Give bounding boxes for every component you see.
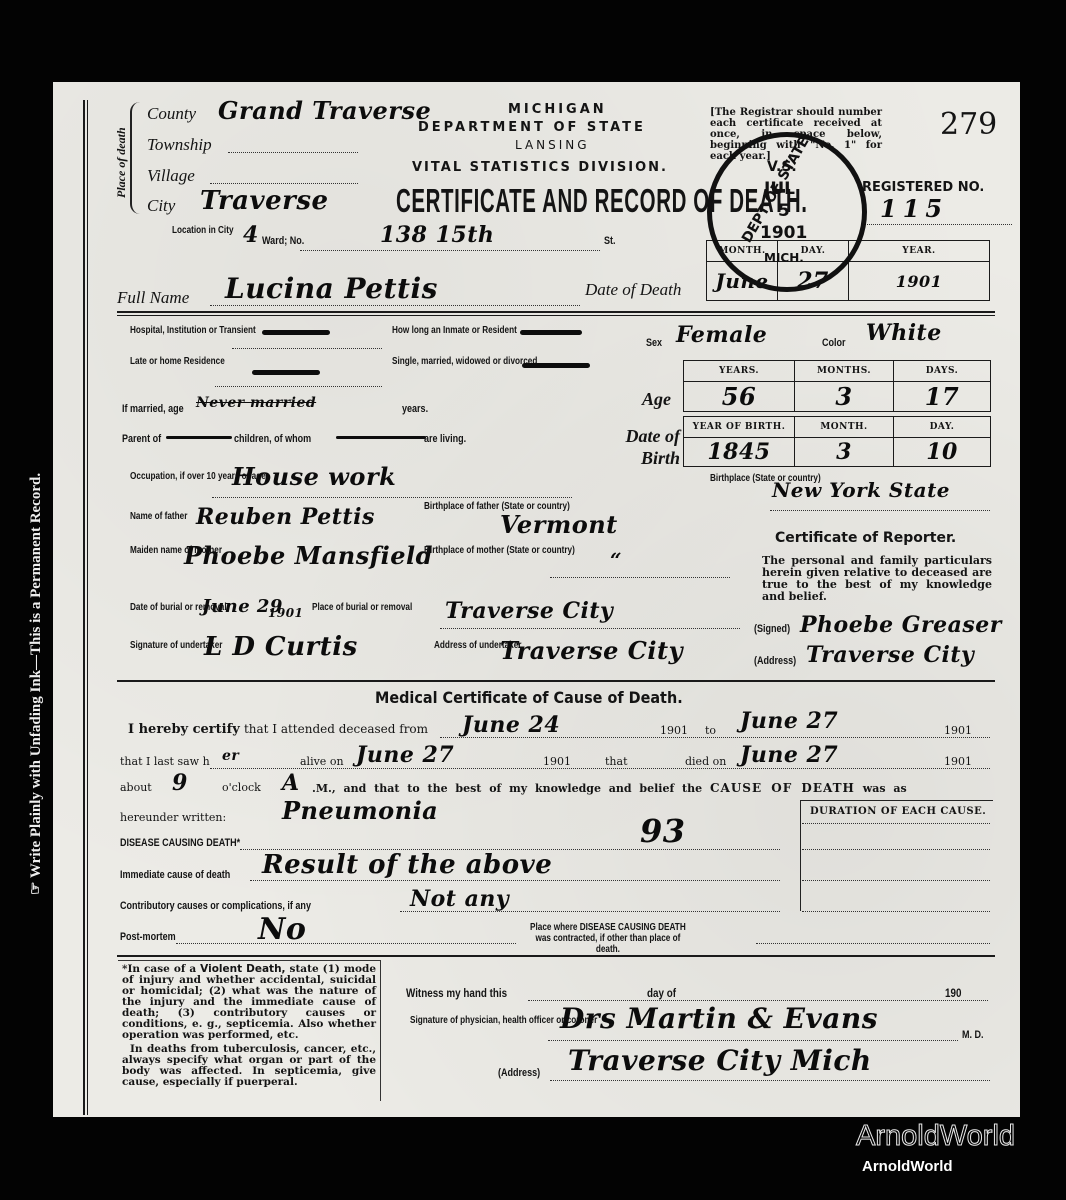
witness-line (528, 1000, 988, 1001)
that-label: that (605, 756, 627, 768)
dod-year-header: YEAR. (849, 241, 990, 262)
ward-label: Ward; No. (262, 236, 304, 247)
inmate-value (520, 330, 582, 335)
postmortem-label: Post-mortem (120, 932, 176, 943)
if-married-value: Never married (196, 395, 316, 411)
section-rule-2 (117, 315, 995, 316)
father-label: Name of father (130, 511, 169, 522)
attended-to-label: to (705, 725, 716, 737)
full-name-value: Lucina Pettis (225, 272, 438, 305)
last-saw-label-a: that I last saw h (120, 756, 210, 768)
certify-line: I hereby certify that I attended decease… (128, 723, 428, 736)
witness-label-c: 190 (945, 988, 961, 999)
street-line (300, 250, 600, 251)
birthplace-value: New York State (772, 478, 950, 502)
duration-line-1 (802, 849, 990, 850)
birth-day-header: DAY. (894, 417, 991, 438)
witness-label-a: Witness my hand this (406, 988, 507, 999)
burial-place-line (440, 628, 740, 629)
birth-month-header: MONTH. (795, 417, 894, 438)
sidebar-note: ☞ Write Plainly with Unfading Ink—This i… (26, 275, 45, 895)
birth-year-value: 1845 (684, 438, 795, 467)
hospital-value (262, 330, 330, 335)
md-label: M. D. (962, 1030, 984, 1041)
last-saw-year: 1901 (543, 756, 571, 768)
father-birthplace-label: Birthplace of father (State or country) (424, 501, 476, 512)
physician-address: Traverse City Mich (568, 1044, 872, 1077)
certify-bold: I hereby certify (128, 722, 240, 737)
mother-value: Phoebe Mansfield (184, 541, 433, 570)
footer-rule (117, 955, 995, 957)
inmate-label: How long an Inmate or Resident (392, 325, 517, 336)
undertaker-address-value: Traverse City (500, 636, 683, 665)
died-on-label: died on (685, 756, 726, 768)
header-department: DEPARTMENT OF STATE (418, 120, 646, 135)
undertaker-label: Signature of undertaker (130, 640, 182, 651)
city-value: Traverse (200, 186, 329, 216)
last-saw-line (210, 768, 990, 769)
age-days-value: 17 (894, 382, 991, 412)
late-home-label: Late or home Residence (130, 356, 225, 367)
sex-label: Sex (646, 338, 662, 349)
watermark-solid: ArnoldWorld (862, 1158, 953, 1175)
location-in-city-label: Location in City (172, 225, 221, 236)
late-home-value (252, 370, 320, 375)
registered-no-value: 115 (880, 194, 948, 223)
contracted-line (756, 943, 990, 944)
received-stamp: DEPT OF STATE V.S. JUL 5 1901 MICH. (707, 132, 867, 292)
burial-date-label: Date of burial or removal (130, 602, 182, 613)
burial-place-value: Traverse City (445, 598, 613, 624)
duration-header: DURATION OF EACH CAUSE. (810, 806, 986, 818)
registered-no-line (862, 224, 1012, 225)
physician-address-label: (Address) (498, 1068, 540, 1079)
certificate-number: 279 (940, 107, 997, 142)
years-label: years. (402, 404, 428, 415)
county-value: Grand Traverse (218, 96, 431, 125)
parent-living-strike (336, 436, 426, 439)
reporter-signed-label: (Signed) (754, 624, 790, 635)
birth-year-header: YEAR OF BIRTH. (684, 417, 795, 438)
place-bracket (130, 102, 142, 214)
last-saw-date: June 27 (356, 742, 454, 768)
physician-address-line (550, 1080, 990, 1081)
left-rule-inner (87, 100, 88, 1115)
header-state: MICHIGAN (508, 102, 607, 117)
reporter-title: Certificate of Reporter. (775, 530, 956, 546)
stamp-year: 1901 (760, 223, 807, 243)
city-label: City (147, 196, 175, 216)
age-days-header: DAYS. (894, 361, 991, 382)
physician-signature: Drs Martin & Evans (560, 1002, 878, 1035)
cause-of-death-bold: CAUSE OF DEATH (710, 781, 855, 795)
witness-label-b: day of (647, 988, 676, 999)
reporter-address-label: (Address) (754, 656, 796, 667)
last-saw-label-b: alive on (300, 756, 344, 768)
birthplace-line (770, 510, 990, 511)
street-number-value: 138 15th (380, 222, 494, 248)
physician-signature-label: Signature of physician, health officer o… (410, 1015, 515, 1026)
mother-label: Maiden name of mother (130, 545, 166, 556)
certify-text: that I attended deceased from (244, 722, 428, 736)
father-birthplace-value: Vermont (500, 510, 618, 539)
contributory-line (400, 911, 780, 912)
attended-to-date: June 27 (740, 708, 838, 734)
age-years-value: 56 (684, 382, 795, 412)
birth-table: YEAR OF BIRTH. MONTH. DAY. 1845 3 10 (683, 416, 991, 467)
duration-line-3 (802, 911, 990, 912)
ampm-value: A (282, 770, 300, 796)
footnote-p1-rest: state (1) mode of injury and whether acc… (122, 963, 376, 1041)
section-rule (117, 311, 995, 313)
died-on-date: June 27 (740, 742, 838, 768)
age-label: Age (642, 389, 671, 410)
postmortem-value: No (258, 912, 306, 947)
ward-value: 4 (243, 222, 259, 248)
left-rule (83, 100, 85, 1115)
date-of-death-label: Date of Death (585, 280, 681, 300)
footnote-paragraph-2: In deaths from tuberculosis, cancer, etc… (122, 1044, 376, 1088)
if-married-label: If married, age (122, 404, 184, 415)
age-months-header: MONTHS. (795, 361, 894, 382)
hour-value: 9 (172, 770, 188, 796)
stamp-vs: V.S. (767, 159, 797, 175)
postmortem-line (176, 943, 516, 944)
to-best-text: .M., and that to the best of my knowledg… (312, 782, 907, 795)
street-suffix: St. (604, 236, 616, 247)
medical-rule (117, 680, 995, 682)
immediate-value: Result of the above (262, 850, 552, 880)
immediate-line (250, 880, 780, 881)
mother-birthplace-label: Birthplace of mother (State or country) (424, 545, 476, 556)
undertaker-address-label: Address of undertaker (434, 640, 477, 651)
stamp-bottom-text: MICH. (764, 251, 804, 265)
died-on-year: 1901 (944, 756, 972, 768)
marital-label: Single, married, widowed or divorced (392, 356, 537, 367)
occupation-line (212, 497, 572, 498)
late-home-line (215, 386, 382, 387)
reporter-text: The personal and family particulars here… (762, 555, 992, 603)
color-label: Color (822, 338, 846, 349)
age-table: YEARS. MONTHS. DAYS. 56 3 17 (683, 360, 991, 412)
attended-line (440, 737, 990, 738)
mother-birthplace-value: “ (610, 548, 622, 572)
birth-date-label: Date of Birth (610, 425, 680, 469)
parent-label-b: children, of whom (234, 434, 311, 445)
burial-year-value: 1901 (268, 606, 303, 620)
mother-birthplace-line (550, 577, 730, 578)
birth-month-value: 3 (795, 438, 894, 467)
registered-no-label: REGISTERED NO. (862, 180, 984, 195)
township-line (228, 152, 358, 153)
to-best-label: .M., and that to the best of my knowledg… (312, 782, 702, 795)
place-of-death-label: Place of death (114, 127, 129, 198)
was-as-label: was as (863, 782, 907, 795)
undertaker-signature: L D Curtis (204, 632, 358, 662)
occupation-value: House work (232, 462, 396, 491)
medical-title: Medical Certificate of Cause of Death. (375, 688, 683, 707)
contributory-label: Contributory causes or complications, if… (120, 901, 311, 912)
physician-signature-line (548, 1040, 958, 1041)
village-line (210, 183, 358, 184)
village-label: Village (147, 166, 195, 186)
oclock-label: o'clock (222, 782, 261, 794)
footnote-paragraph-1: *In case of a Violent Death, state (1) m… (122, 964, 376, 1041)
marital-value (522, 363, 590, 368)
stamp-month: JUL (764, 179, 795, 199)
color-value: White (866, 320, 942, 346)
full-name-label: Full Name (117, 288, 189, 308)
attended-to-year: 1901 (944, 725, 972, 737)
disease-label: DISEASE CAUSING DEATH* (120, 838, 240, 849)
parent-children-strike (166, 436, 232, 439)
township-label: Township (147, 135, 212, 155)
sex-value: Female (676, 322, 767, 348)
father-value: Reuben Pettis (196, 504, 375, 530)
duration-line-2 (802, 880, 990, 881)
stamp-day: 5 (778, 201, 790, 221)
reporter-address: Traverse City (806, 642, 974, 668)
hereunder-label: hereunder written: (120, 812, 226, 824)
burial-place-label: Place of burial or removal (312, 602, 371, 613)
attended-from-year: 1901 (660, 725, 688, 737)
age-years-header: YEARS. (684, 361, 795, 382)
hospital-line (232, 348, 382, 349)
last-saw-pronoun: er (222, 748, 239, 764)
occupation-label: Occupation, if over 10 years of age (130, 471, 187, 482)
contributory-value: Not any (410, 886, 509, 912)
age-months-value: 3 (795, 382, 894, 412)
hereunder-value: Pneumonia (282, 796, 438, 825)
header-division: VITAL STATISTICS DIVISION. (412, 160, 668, 175)
county-label: County (147, 104, 196, 124)
duration-line-0 (802, 823, 990, 824)
reporter-signature: Phoebe Greaser (800, 612, 1002, 638)
about-label: about (120, 782, 152, 794)
birthplace-label: Birthplace (State or country) (710, 473, 748, 484)
dod-year-value: 1901 (849, 262, 990, 301)
immediate-label: Immediate cause of death (120, 870, 230, 881)
header-city: LANSING (515, 138, 590, 152)
disease-value: 93 (640, 812, 686, 850)
full-name-line (210, 305, 580, 306)
parent-label-c: are living. (424, 434, 466, 445)
hospital-label: Hospital, Institution or Transient (130, 325, 256, 336)
watermark-outline: ArnoldWorld (856, 1120, 1015, 1153)
contracted-label: Place where DISEASE CAUSING DEATH was co… (530, 922, 686, 955)
birth-day-value: 10 (894, 438, 991, 467)
parent-label-a: Parent of (122, 434, 161, 445)
attended-from-date: June 24 (462, 712, 560, 738)
